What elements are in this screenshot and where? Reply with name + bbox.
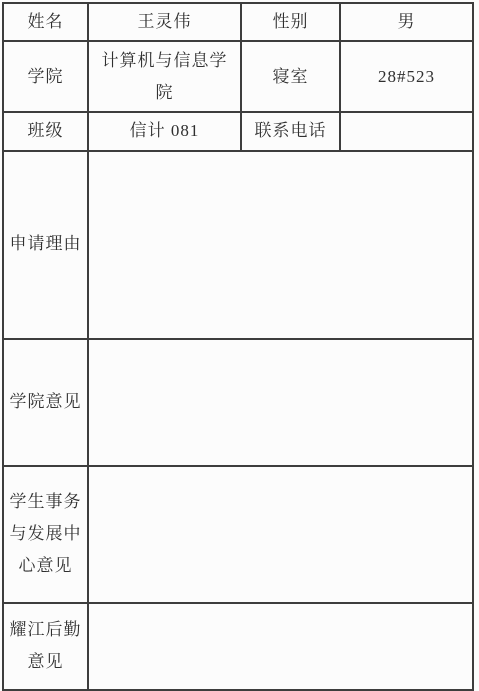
dorm-field-value: 28#523 — [340, 41, 473, 112]
row-name-gender: 姓名 王灵伟 性别 男 — [3, 3, 473, 41]
row-logistics-opinion: 耀江后勤意见 — [3, 603, 473, 684]
class-field-value: 信计 081 — [88, 112, 241, 150]
class-field-label: 班级 — [3, 112, 88, 150]
college-opinion-content — [88, 339, 473, 466]
college-field-value: 计算机与信息学院 — [88, 41, 241, 112]
name-field-value: 王灵伟 — [88, 3, 241, 41]
phone-field-label: 联系电话 — [241, 112, 340, 150]
row-class-phone: 班级 信计 081 联系电话 — [3, 112, 473, 150]
row-application-reason: 申请理由 — [3, 151, 473, 339]
gender-field-label: 性别 — [241, 3, 340, 41]
college-opinion-label: 学院意见 — [3, 339, 88, 466]
application-form-table: 姓名 王灵伟 性别 男 学院 计算机与信息学院 寝室 28#523 班级 信计 … — [2, 2, 474, 684]
student-affairs-opinion-content — [88, 466, 473, 603]
row-student-affairs-opinion: 学生事务与发展中心意见 — [3, 466, 473, 603]
logistics-opinion-content — [88, 603, 473, 684]
name-field-label: 姓名 — [3, 3, 88, 41]
row-college-opinion: 学院意见 — [3, 339, 473, 466]
student-affairs-opinion-label: 学生事务与发展中心意见 — [3, 466, 88, 603]
dorm-field-label: 寝室 — [241, 41, 340, 112]
gender-field-value: 男 — [340, 3, 473, 41]
row-college-dorm: 学院 计算机与信息学院 寝室 28#523 — [3, 41, 473, 112]
phone-field-value — [340, 112, 473, 150]
application-reason-content — [88, 151, 473, 339]
college-field-label: 学院 — [3, 41, 88, 112]
logistics-opinion-label: 耀江后勤意见 — [3, 603, 88, 684]
application-reason-label: 申请理由 — [3, 151, 88, 339]
